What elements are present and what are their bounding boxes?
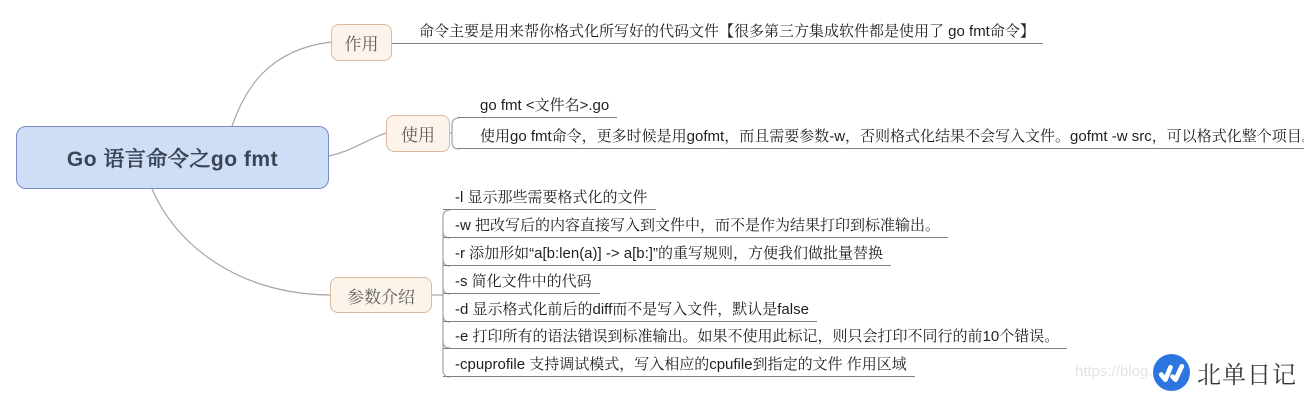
- watermark-url-text: https://blog.c: [1075, 363, 1160, 380]
- leaf-topic-param-cpuprofile[interactable]: -cpuprofile 支持调试模式，写入相应的cpufile到指定的文件 作用…: [443, 357, 915, 377]
- leaf-topic-param-e[interactable]: -e 打印所有的语法错误到标准输出。如果不使用此标记，则只会打印不同行的前10个…: [443, 329, 1067, 349]
- csdn-logo-icon: [1153, 354, 1190, 391]
- branch-topic-parameters[interactable]: 参数介绍: [330, 277, 432, 313]
- leaf-topic-usage-command[interactable]: go fmt <文件名>.go: [458, 98, 617, 118]
- leaf-topic-purpose-description[interactable]: 命令主要是用来帮你格式化所写好的代码文件【很多第三方集成软件都是使用了 go f…: [392, 24, 1043, 44]
- mindmap-canvas: Go 语言命令之go fmt 作用 使用 参数介绍 命令主要是用来帮你格式化所写…: [0, 0, 1304, 395]
- leaf-topic-param-r[interactable]: -r 添加形如“a[b:len(a)] -> a[b:]”的重写规则，方便我们做…: [443, 246, 891, 266]
- leaf-topic-param-s[interactable]: -s 简化文件中的代码: [443, 274, 600, 294]
- root-topic[interactable]: Go 语言命令之go fmt: [16, 126, 329, 189]
- watermark-site-name: 北单日记: [1197, 355, 1297, 390]
- leaf-topic-param-d[interactable]: -d 显示格式化前后的diff而不是写入文件，默认是false: [443, 302, 817, 322]
- leaf-topic-param-w[interactable]: -w 把改写后的内容直接写入到文件中，而不是作为结果打印到标准输出。: [443, 218, 948, 238]
- leaf-topic-param-l[interactable]: -l 显示那些需要格式化的文件: [443, 190, 656, 210]
- branch-topic-purpose[interactable]: 作用: [331, 24, 392, 61]
- branch-topic-usage[interactable]: 使用: [386, 115, 450, 152]
- leaf-topic-usage-description[interactable]: 使用go fmt命令，更多时候是用gofmt，而且需要参数-w，否则格式化结果不…: [458, 129, 1304, 149]
